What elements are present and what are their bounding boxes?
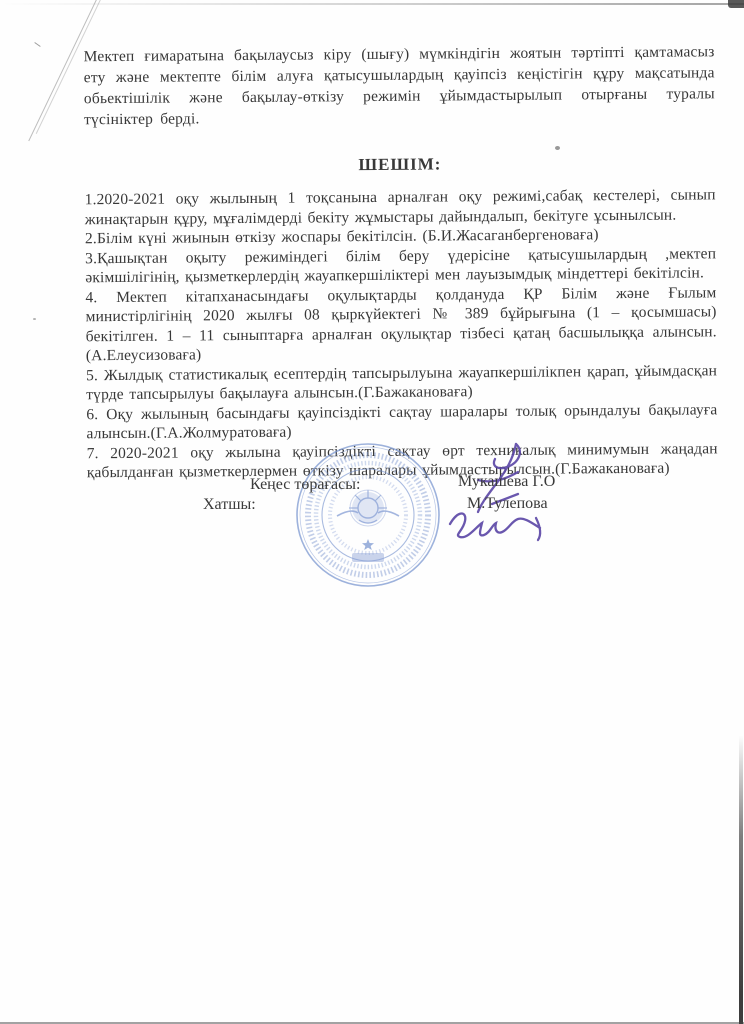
scan-right-edge-shadow: [739, 735, 743, 1024]
document-body: Мектеп ғимаратына бақылаусыз кіру (шығу)…: [0, 0, 744, 483]
secretary-label: Хатшы:: [203, 496, 256, 514]
decision-item-4: 4. Мектеп кітапханасындағы оқулықтарды қ…: [85, 283, 717, 366]
handwritten-signature-icon: [420, 438, 560, 593]
signature-block: Кеңес төрағасы: Хатшы: Мукашева Г.О М.Ту…: [0, 438, 744, 678]
decision-item-1: 1.2020-2021 оқу жылының 1 тоқсанына арна…: [85, 185, 716, 229]
chairman-name: Мукашева Г.О: [458, 473, 555, 491]
decision-item-5: 5. Жылдық статистикалық есептердің тапсы…: [86, 361, 717, 405]
decision-item-3: 3.Қашықтан оқыту режиміндегі білім беру …: [85, 244, 716, 288]
intro-paragraph: Мектеп ғимаратына бақылаусыз кіру (шығу)…: [83, 41, 715, 130]
scanned-document-page: Мектеп ғимаратына бақылаусыз кіру (шығу)…: [0, 0, 744, 1024]
decision-heading: ШЕШІМ:: [84, 152, 715, 177]
chairman-label: Кеңес төрағасы:: [250, 476, 360, 494]
secretary-name: М.Тулепова: [467, 495, 548, 513]
